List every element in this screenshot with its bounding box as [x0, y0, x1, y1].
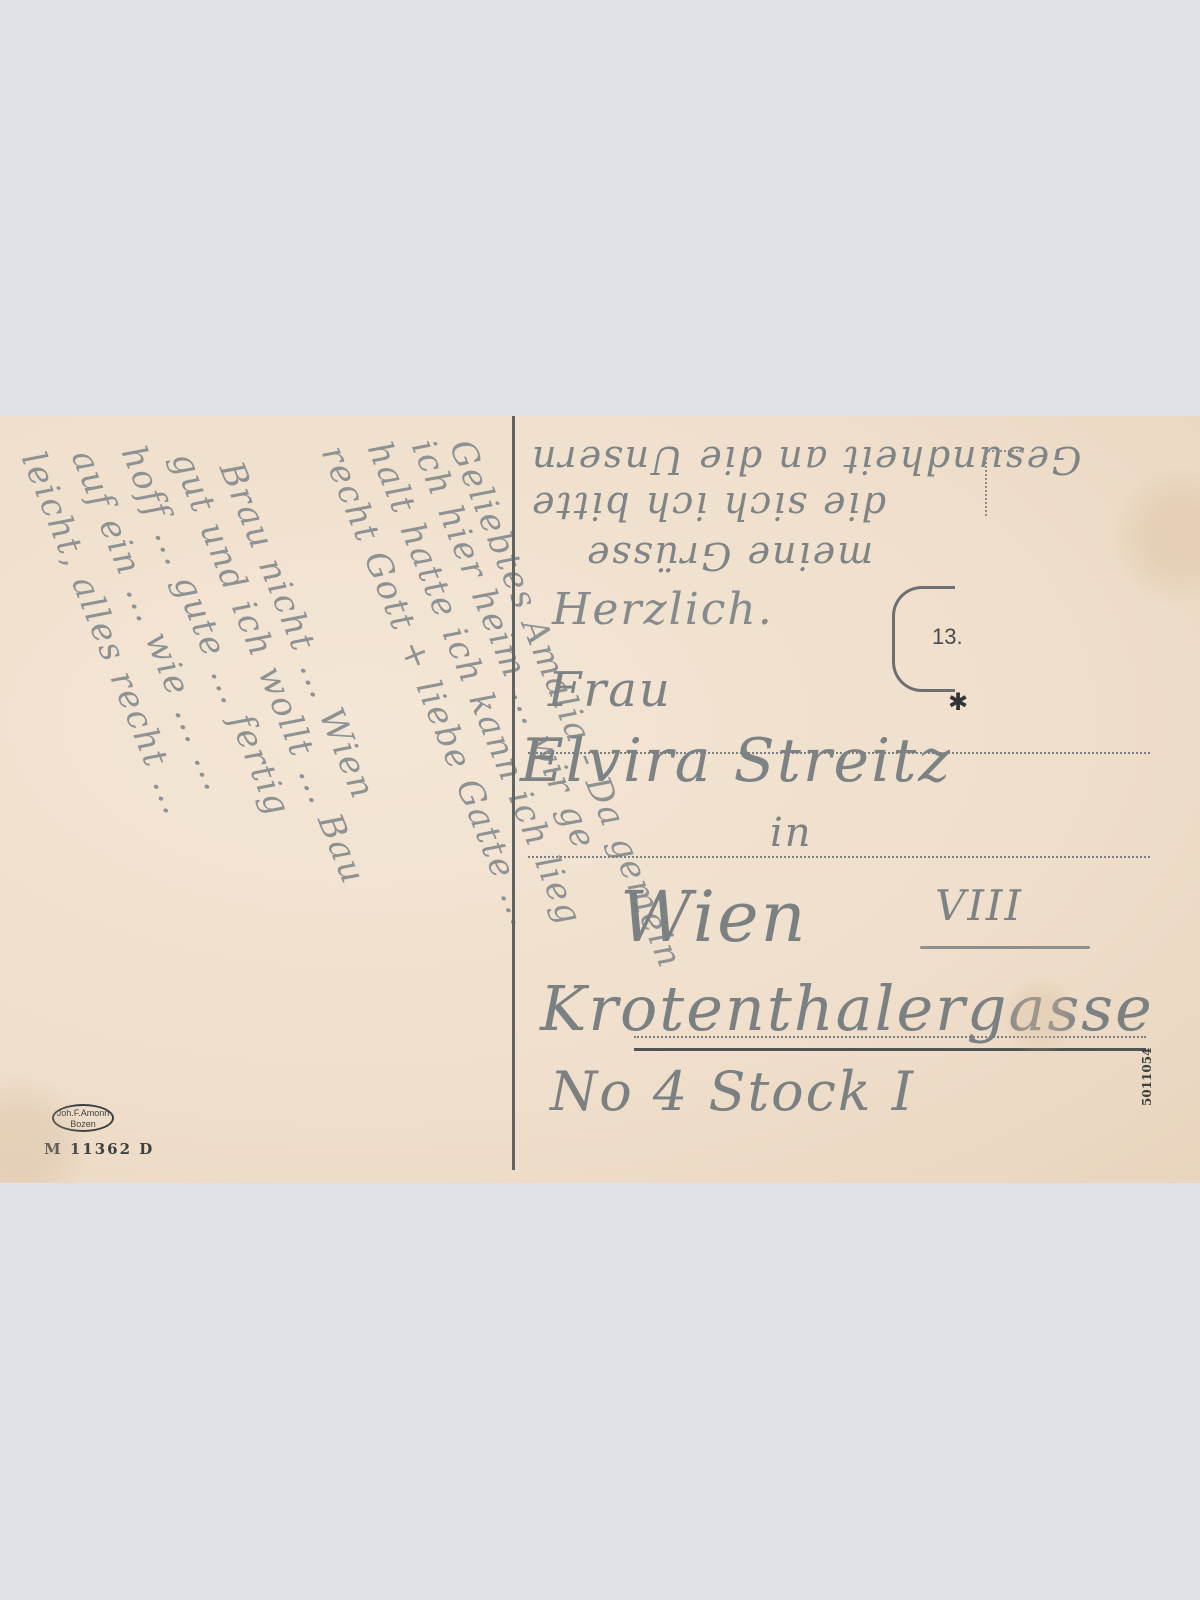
address-underline [634, 1048, 1146, 1051]
stamp-box [985, 450, 1021, 516]
postmark-date: 13. [932, 624, 963, 650]
message-area: Geliebtes Amalia - Da gemein ich hier he… [0, 416, 512, 1183]
recipient-name: Elvira Streitz [520, 726, 952, 796]
upside-down-line: die sich ich bitte [530, 484, 886, 528]
divider-line [512, 416, 515, 1170]
address-line-3 [634, 1036, 1146, 1038]
publisher-logo: Joh.F.Amonn Bozen [52, 1104, 114, 1132]
postcard: Geliebtes Amalia - Da gemein ich hier he… [0, 416, 1200, 1183]
salutation: Frau [548, 662, 672, 718]
house-number: No 4 Stock I [550, 1060, 915, 1123]
publisher-city: Bozen [54, 1119, 112, 1130]
upside-down-line: meine Grüsse [585, 534, 873, 578]
asterisk-mark: ✱ [948, 688, 968, 716]
side-print-number: 5011054 [1140, 1048, 1154, 1106]
series-number: M 11362 D [44, 1140, 154, 1158]
publisher-name: Joh.F.Amonn [54, 1108, 112, 1119]
district: VIII [935, 881, 1023, 930]
address-line-2 [528, 856, 1150, 858]
city: Wien [620, 876, 808, 958]
closing-signature: Herzlich. [552, 584, 774, 635]
address-line-1 [528, 752, 1150, 754]
street: Krotenthalergasse [540, 972, 1154, 1045]
preposition: in [770, 810, 813, 856]
district-underline [920, 946, 1090, 949]
